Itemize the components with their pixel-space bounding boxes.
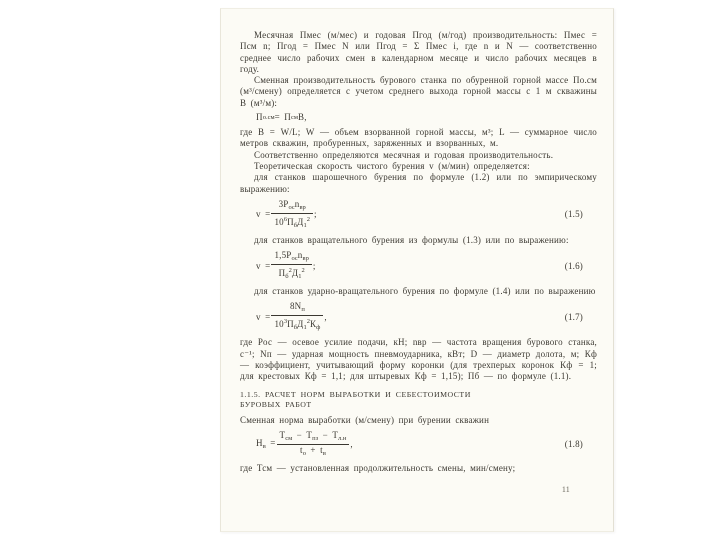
formula-1-6: v = 1,5Pосnвр Пб2Д12 ; (1.6)	[256, 250, 597, 282]
paragraph-monthly-yearly-productivity: Месячная Пмес (м/мес) и годовая Пгод (м/…	[240, 30, 597, 75]
formula-lhs: v =	[256, 209, 270, 220]
equation-number: (1.6)	[565, 261, 583, 272]
formula-tail: ;	[313, 261, 316, 272]
fraction: 8Nп 103ПбД12Кф	[271, 301, 323, 333]
fraction: 3Pосnвр 106ПбД12	[271, 199, 313, 231]
fraction-numerator: 1,5Pосnвр	[271, 250, 311, 264]
formula-expression: v = 8Nп 103ПбД12Кф ,	[256, 301, 327, 333]
formula-lhs: v =	[256, 312, 270, 323]
formula-expression: По.см = ПсмВ,	[256, 112, 307, 123]
fraction-numerator: 3Pосnвр	[271, 199, 313, 213]
paragraph-shift-norm-intro: Сменная норма выработки (м/смену) при бу…	[240, 415, 597, 426]
formula-tail: ,	[350, 439, 352, 450]
section-heading: 1.1.5. РАСЧЕТ НОРМ ВЫРАБОТКИ И СЕБЕСТОИМ…	[240, 390, 597, 410]
paragraph-correspondingly: Соответственно определяются месячная и г…	[240, 150, 597, 161]
page-content: Месячная Пмес (м/мес) и годовая Пгод (м/…	[240, 30, 597, 495]
equation-number: (1.5)	[565, 209, 583, 220]
fraction: Тсм − Тпз − Тл.н tо + tв	[277, 430, 350, 459]
section-heading-line-1: 1.1.5. РАСЧЕТ НОРМ ВЫРАБОТКИ И СЕБЕСТОИМ…	[240, 390, 597, 400]
formula-expression: v = 1,5Pосnвр Пб2Д12 ;	[256, 250, 316, 282]
formula-expression: v = 3Pосnвр 106ПбД12 ;	[256, 199, 317, 231]
fraction-denominator: 106ПбД12	[271, 213, 313, 231]
paragraph-theoretical-speed: Теоретическая скорость чистого бурения v…	[240, 161, 597, 172]
equation-number: (1.7)	[565, 312, 583, 323]
paragraph-rotary-intro: для станков вращательного бурения из фор…	[240, 235, 597, 246]
fraction-denominator: 103ПбД12Кф	[271, 315, 323, 333]
paragraph-shift-productivity: Сменная производительность бурового стан…	[240, 75, 597, 109]
paragraph-percussive-rotary-intro: для станков ударно-вращательного бурения…	[240, 286, 597, 297]
formula-tail: ;	[314, 209, 317, 220]
fraction-numerator: 8Nп	[271, 301, 323, 315]
fraction: 1,5Pосnвр Пб2Д12	[271, 250, 311, 282]
slide-canvas: Месячная Пмес (м/мес) и годовая Пгод (м/…	[0, 0, 720, 540]
formula-lhs: Нв =	[256, 438, 276, 452]
formula-tail: ,	[324, 312, 326, 323]
page-number: 11	[240, 484, 570, 495]
fraction-denominator: Пб2Д12	[271, 264, 311, 282]
equation-number: (1.8)	[565, 439, 583, 450]
formula-expression: Нв = Тсм − Тпз − Тл.н tо + tв ,	[256, 430, 353, 459]
fraction-numerator: Тсм − Тпз − Тл.н	[277, 430, 350, 444]
fraction-denominator: tо + tв	[277, 444, 350, 459]
formula-drilled-mass: По.см = ПсмВ,	[256, 111, 597, 125]
formula-1-5: v = 3Pосnвр 106ПбД12 ; (1.5)	[256, 199, 597, 231]
paragraph-where-shift-duration: где Тсм — установленная продолжительност…	[240, 463, 597, 474]
paragraph-roller-bit-intro: для станков шарошечного бурения по форму…	[240, 172, 597, 195]
section-heading-line-2: БУРОВЫХ РАБОТ	[240, 400, 597, 410]
formula-1-8: Нв = Тсм − Тпз − Тл.н tо + tв , (1.8)	[256, 430, 597, 459]
formula-lhs: v =	[256, 261, 270, 272]
formula-1-7: v = 8Nп 103ПбД12Кф , (1.7)	[256, 301, 597, 333]
paragraph-symbol-definitions: где Pос — осевое усилие подачи, кН; nвр …	[240, 337, 597, 382]
paragraph-where-volume: где В = W/L; W — объем взорванной горной…	[240, 127, 597, 150]
scanned-page: Месячная Пмес (м/мес) и годовая Пгод (м/…	[220, 8, 614, 532]
